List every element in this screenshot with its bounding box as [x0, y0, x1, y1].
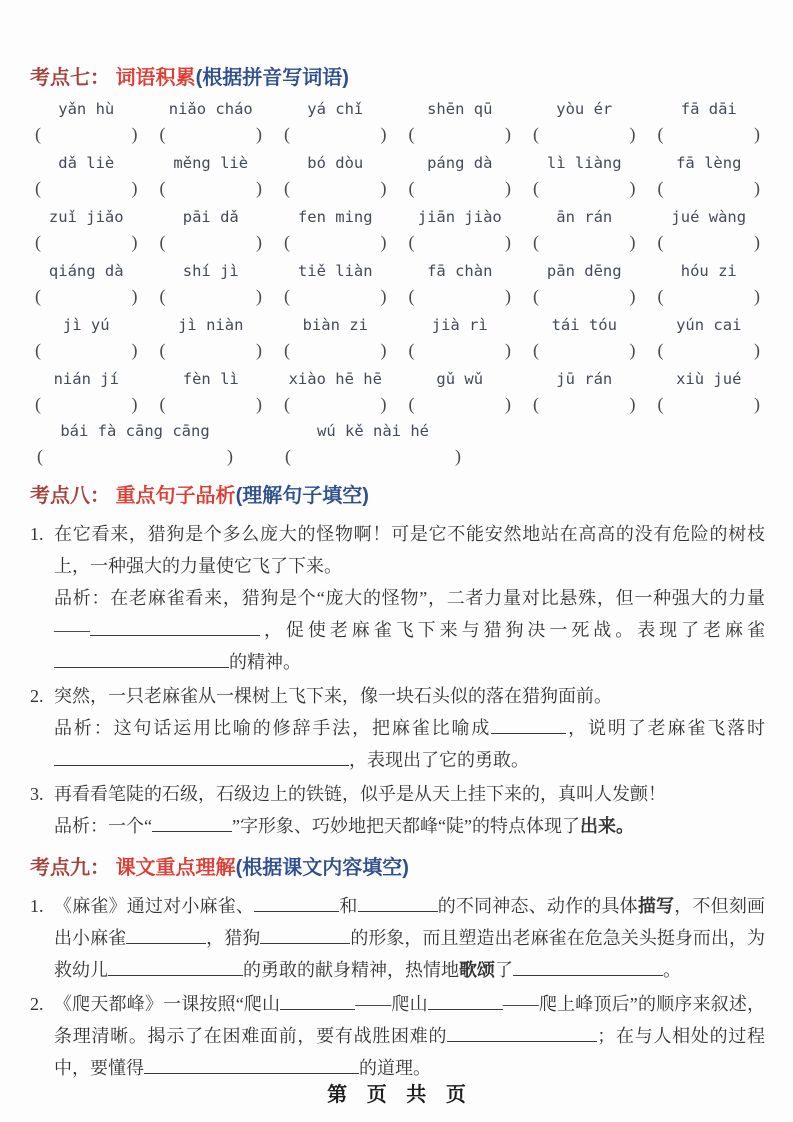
- pinyin-text: pān dēng: [528, 262, 641, 284]
- answer-parens: [280, 444, 466, 470]
- question-number: 2.: [30, 988, 54, 1084]
- answer-parens: [155, 230, 268, 256]
- question-number: 3.: [30, 778, 54, 842]
- question-paragraph: 《麻雀》通过对小麻雀、和的不同神态、动作的具体描写，不但刻画出小麻雀，猎狗的形象…: [54, 890, 765, 986]
- pinyin-text: bái fà cāng cāng: [32, 422, 238, 444]
- analysis-text: 的精神。: [229, 652, 301, 672]
- pinyin-text: jū rán: [528, 370, 641, 392]
- fill-blank: [90, 620, 260, 636]
- answer-parens: [155, 392, 268, 418]
- question-sentence: 在它看来，猎狗是个多么庞大的怪物啊！可是它不能安然地站在高高的没有危险的树枝上，…: [54, 518, 765, 582]
- pinyin-cell: jì yú: [30, 316, 143, 364]
- question-number: 1.: [30, 518, 54, 678]
- answer-parens: [528, 122, 641, 148]
- pinyin-cell: gǔ wǔ: [404, 370, 517, 418]
- answer-parens: [279, 284, 392, 310]
- pinyin-text: hóu zi: [653, 262, 766, 284]
- answer-parens: [653, 392, 766, 418]
- question-text: 《爬天都峰》一课按照“爬山: [54, 994, 280, 1014]
- pinyin-text: nián jí: [30, 370, 143, 392]
- pinyin-cell: niǎo cháo: [155, 100, 268, 148]
- answer-parens: [653, 284, 766, 310]
- analysis-text-bold: 出来。: [580, 816, 634, 836]
- pinyin-text: fā chàn: [404, 262, 517, 284]
- section-header-7: 考点七： 词语积累(根据拼音写词语): [30, 64, 765, 92]
- question-text: 的勇敢的献身精神，热情地: [243, 960, 459, 980]
- pinyin-cell: dǎ liè: [30, 154, 143, 202]
- answer-parens: [404, 284, 517, 310]
- pinyin-text: xiào hē hē: [279, 370, 392, 392]
- pinyin-cell: xiào hē hē: [279, 370, 392, 418]
- pinyin-text: xiù jué: [653, 370, 766, 392]
- fill-blank: [280, 994, 355, 1010]
- question-item: 1. 《麻雀》通过对小麻雀、和的不同神态、动作的具体描写，不但刻画出小麻雀，猎狗…: [30, 890, 765, 986]
- answer-parens: [30, 338, 143, 364]
- answer-parens: [404, 176, 517, 202]
- question-paragraph: 《爬天都峰》一课按照“爬山——爬山——爬上峰顶后”的顺序来叙述，条理清晰。揭示了…: [54, 988, 765, 1084]
- question-text-bold: 歌颂: [459, 960, 495, 980]
- question-text: ，猎狗: [206, 928, 260, 948]
- pinyin-text: dǎ liè: [30, 154, 143, 176]
- pinyin-cell: biàn zi: [279, 316, 392, 364]
- pinyin-text: gǔ wǔ: [404, 370, 517, 392]
- fill-blank: [358, 896, 438, 912]
- answer-parens: [279, 338, 392, 364]
- pinyin-text: jì niàn: [155, 316, 268, 338]
- fill-blank: [144, 1058, 359, 1074]
- pinyin-text: jì yú: [30, 316, 143, 338]
- pinyin-text: yá chǐ: [279, 100, 392, 122]
- pinyin-cell: yòu ér: [528, 100, 641, 148]
- fill-blank: [152, 816, 232, 832]
- pinyin-cell: xiù jué: [653, 370, 766, 418]
- answer-parens: [404, 122, 517, 148]
- pinyin-cell: nián jí: [30, 370, 143, 418]
- fill-blank: [447, 1026, 597, 1042]
- pinyin-text: niǎo cháo: [155, 100, 268, 122]
- pinyin-text: yòu ér: [528, 100, 641, 122]
- answer-parens: [528, 230, 641, 256]
- answer-parens: [155, 284, 268, 310]
- fill-blank: [108, 960, 243, 976]
- answer-parens: [404, 392, 517, 418]
- question-sentence: 突然，一只老麻雀从一棵树上飞下来，像一块石头似的落在猎狗面前。: [54, 680, 765, 712]
- section-prefix: 考点八：: [30, 485, 110, 507]
- pinyin-cell: jiān jiào: [404, 208, 517, 256]
- fill-blank: [54, 750, 349, 766]
- pinyin-text: měng liè: [155, 154, 268, 176]
- analysis-text: ，促使老麻雀飞下来与猎狗决一死战。表现了老麻雀: [260, 620, 765, 640]
- pinyin-cell: jué wàng: [653, 208, 766, 256]
- pinyin-cell: tiě liàn: [279, 262, 392, 310]
- pinyin-text: fèn lì: [155, 370, 268, 392]
- answer-parens: [155, 122, 268, 148]
- question-text: 。: [663, 960, 681, 980]
- answer-parens: [155, 338, 268, 364]
- page-footer: 第 页 共 页: [0, 1078, 793, 1107]
- fill-blank: [260, 928, 350, 944]
- answer-parens: [528, 284, 641, 310]
- question-item: 2. 突然，一只老麻雀从一棵树上飞下来，像一块石头似的落在猎狗面前。 品析：这句…: [30, 680, 765, 776]
- section-9-body: 1. 《麻雀》通过对小麻雀、和的不同神态、动作的具体描写，不但刻画出小麻雀，猎狗…: [30, 890, 765, 1084]
- analysis-text: ，表现出了它的勇敢。: [349, 750, 529, 770]
- answer-parens: [528, 338, 641, 364]
- section-subtitle: (根据拼音写词语): [196, 67, 349, 89]
- pinyin-cell: lì liàng: [528, 154, 641, 202]
- pinyin-cell: fen ming: [279, 208, 392, 256]
- answer-parens: [279, 230, 392, 256]
- section-prefix: 考点七：: [30, 67, 110, 89]
- answer-parens: [653, 176, 766, 202]
- pinyin-cell: hóu zi: [653, 262, 766, 310]
- pinyin-cell: bái fà cāng cāng: [32, 422, 238, 470]
- answer-parens: [279, 392, 392, 418]
- answer-parens: [32, 444, 238, 470]
- answer-parens: [528, 176, 641, 202]
- pinyin-wide-row: bái fà cāng cāng wú kě nài hé: [32, 422, 765, 470]
- question-sentence: 再看看笔陡的石级，石级边上的铁链，似乎是从天上挂下来的，真叫人发颤！: [54, 778, 765, 810]
- analysis-text: ，说明了老麻雀飞落时: [566, 718, 765, 738]
- pinyin-cell: jì niàn: [155, 316, 268, 364]
- pinyin-text: bó dòu: [279, 154, 392, 176]
- answer-parens: [279, 176, 392, 202]
- pinyin-cell: fā chàn: [404, 262, 517, 310]
- section-title: 词语积累: [116, 67, 196, 89]
- worksheet-page: 考点七： 词语积累(根据拼音写词语) yǎn hù niǎo cháo yá c…: [0, 0, 793, 1122]
- pinyin-cell: yún cai: [653, 316, 766, 364]
- question-text: 和: [339, 896, 357, 916]
- pinyin-text: jià rì: [404, 316, 517, 338]
- pinyin-grid: yǎn hù niǎo cháo yá chǐ shēn qū yòu ér f…: [30, 100, 765, 418]
- pinyin-cell: fā lèng: [653, 154, 766, 202]
- pinyin-text: jué wàng: [653, 208, 766, 230]
- question-text: 《麻雀》通过对小麻雀、: [54, 896, 254, 916]
- question-number: 1.: [30, 890, 54, 986]
- pinyin-text: wú kě nài hé: [280, 422, 466, 444]
- section-header-8: 考点八： 重点句子品析(理解句子填空): [30, 482, 765, 510]
- question-text: 的不同神态、动作的具体: [438, 896, 638, 916]
- answer-parens: [155, 176, 268, 202]
- fill-blank: [428, 994, 503, 1010]
- fill-blank: [54, 652, 229, 668]
- pinyin-cell: fèn lì: [155, 370, 268, 418]
- section-title: 重点句子品析: [116, 485, 236, 507]
- pinyin-text: páng dà: [404, 154, 517, 176]
- answer-parens: [653, 338, 766, 364]
- question-item: 2. 《爬天都峰》一课按照“爬山——爬山——爬上峰顶后”的顺序来叙述，条理清晰。…: [30, 988, 765, 1084]
- question-item: 3. 再看看笔陡的石级，石级边上的铁链，似乎是从天上挂下来的，真叫人发颤！ 品析…: [30, 778, 765, 842]
- analysis-text: 品析：一个“: [54, 816, 152, 836]
- answer-parens: [653, 230, 766, 256]
- pinyin-cell: jià rì: [404, 316, 517, 364]
- analysis-paragraph: 品析：这句话运用比喻的修辞手法，把麻雀比喻成，说明了老麻雀飞落时，表现出了它的勇…: [54, 712, 765, 776]
- pinyin-cell: zuǐ jiǎo: [30, 208, 143, 256]
- pinyin-cell: yá chǐ: [279, 100, 392, 148]
- pinyin-text: zuǐ jiǎo: [30, 208, 143, 230]
- analysis-paragraph: 品析：一个“”字形象、巧妙地把天都峰“陡”的特点体现了出来。: [54, 810, 765, 842]
- pinyin-cell: wú kě nài hé: [280, 422, 466, 470]
- answer-parens: [528, 392, 641, 418]
- answer-parens: [30, 122, 143, 148]
- answer-parens: [30, 392, 143, 418]
- pinyin-text: shí jì: [155, 262, 268, 284]
- pinyin-text: ān rán: [528, 208, 641, 230]
- pinyin-text: lì liàng: [528, 154, 641, 176]
- section-header-9: 考点九： 课文重点理解(根据课文内容填空): [30, 854, 765, 882]
- fill-blank: [126, 928, 206, 944]
- answer-parens: [404, 338, 517, 364]
- section-subtitle: (根据课文内容填空): [236, 857, 409, 879]
- pinyin-text: pāi dǎ: [155, 208, 268, 230]
- pinyin-text: jiān jiào: [404, 208, 517, 230]
- section-subtitle: (理解句子填空): [236, 485, 369, 507]
- answer-parens: [404, 230, 517, 256]
- section-title: 课文重点理解: [116, 857, 236, 879]
- analysis-text: ”字形象、巧妙地把天都峰“陡”的特点体现了: [232, 816, 580, 836]
- pinyin-text: tiě liàn: [279, 262, 392, 284]
- pinyin-cell: shēn qū: [404, 100, 517, 148]
- section-8-body: 1. 在它看来，猎狗是个多么庞大的怪物啊！可是它不能安然地站在高高的没有危险的树…: [30, 518, 765, 842]
- analysis-paragraph: 品析：在老麻雀看来，猎狗是个“庞大的怪物”，二者力量对比悬殊，但一种强大的力量—…: [54, 582, 765, 678]
- pinyin-cell: pāi dǎ: [155, 208, 268, 256]
- answer-parens: [653, 122, 766, 148]
- pinyin-cell: tái tóu: [528, 316, 641, 364]
- pinyin-cell: qiáng dà: [30, 262, 143, 310]
- pinyin-cell: ān rán: [528, 208, 641, 256]
- fill-blank: [513, 960, 663, 976]
- pinyin-text: tái tóu: [528, 316, 641, 338]
- pinyin-text: fā dāi: [653, 100, 766, 122]
- pinyin-cell: bó dòu: [279, 154, 392, 202]
- pinyin-cell: měng liè: [155, 154, 268, 202]
- pinyin-text: qiáng dà: [30, 262, 143, 284]
- pinyin-text: yǎn hù: [30, 100, 143, 122]
- question-text: 的道理。: [359, 1058, 431, 1078]
- answer-parens: [30, 176, 143, 202]
- pinyin-text: yún cai: [653, 316, 766, 338]
- answer-parens: [279, 122, 392, 148]
- pinyin-cell: fā dāi: [653, 100, 766, 148]
- question-text-bold: 描写: [638, 896, 674, 916]
- analysis-text: 品析：这句话运用比喻的修辞手法，把麻雀比喻成: [54, 718, 491, 738]
- section-prefix: 考点九：: [30, 857, 110, 879]
- pinyin-text: shēn qū: [404, 100, 517, 122]
- answer-parens: [30, 284, 143, 310]
- question-text: ——爬山: [355, 994, 428, 1014]
- fill-blank: [491, 718, 566, 734]
- question-text: 了: [495, 960, 513, 980]
- pinyin-cell: jū rán: [528, 370, 641, 418]
- fill-blank: [254, 896, 339, 912]
- pinyin-cell: shí jì: [155, 262, 268, 310]
- question-item: 1. 在它看来，猎狗是个多么庞大的怪物啊！可是它不能安然地站在高高的没有危险的树…: [30, 518, 765, 678]
- pinyin-cell: páng dà: [404, 154, 517, 202]
- pinyin-text: biàn zi: [279, 316, 392, 338]
- pinyin-text: fā lèng: [653, 154, 766, 176]
- pinyin-cell: yǎn hù: [30, 100, 143, 148]
- pinyin-text: fen ming: [279, 208, 392, 230]
- answer-parens: [30, 230, 143, 256]
- question-number: 2.: [30, 680, 54, 776]
- pinyin-cell: pān dēng: [528, 262, 641, 310]
